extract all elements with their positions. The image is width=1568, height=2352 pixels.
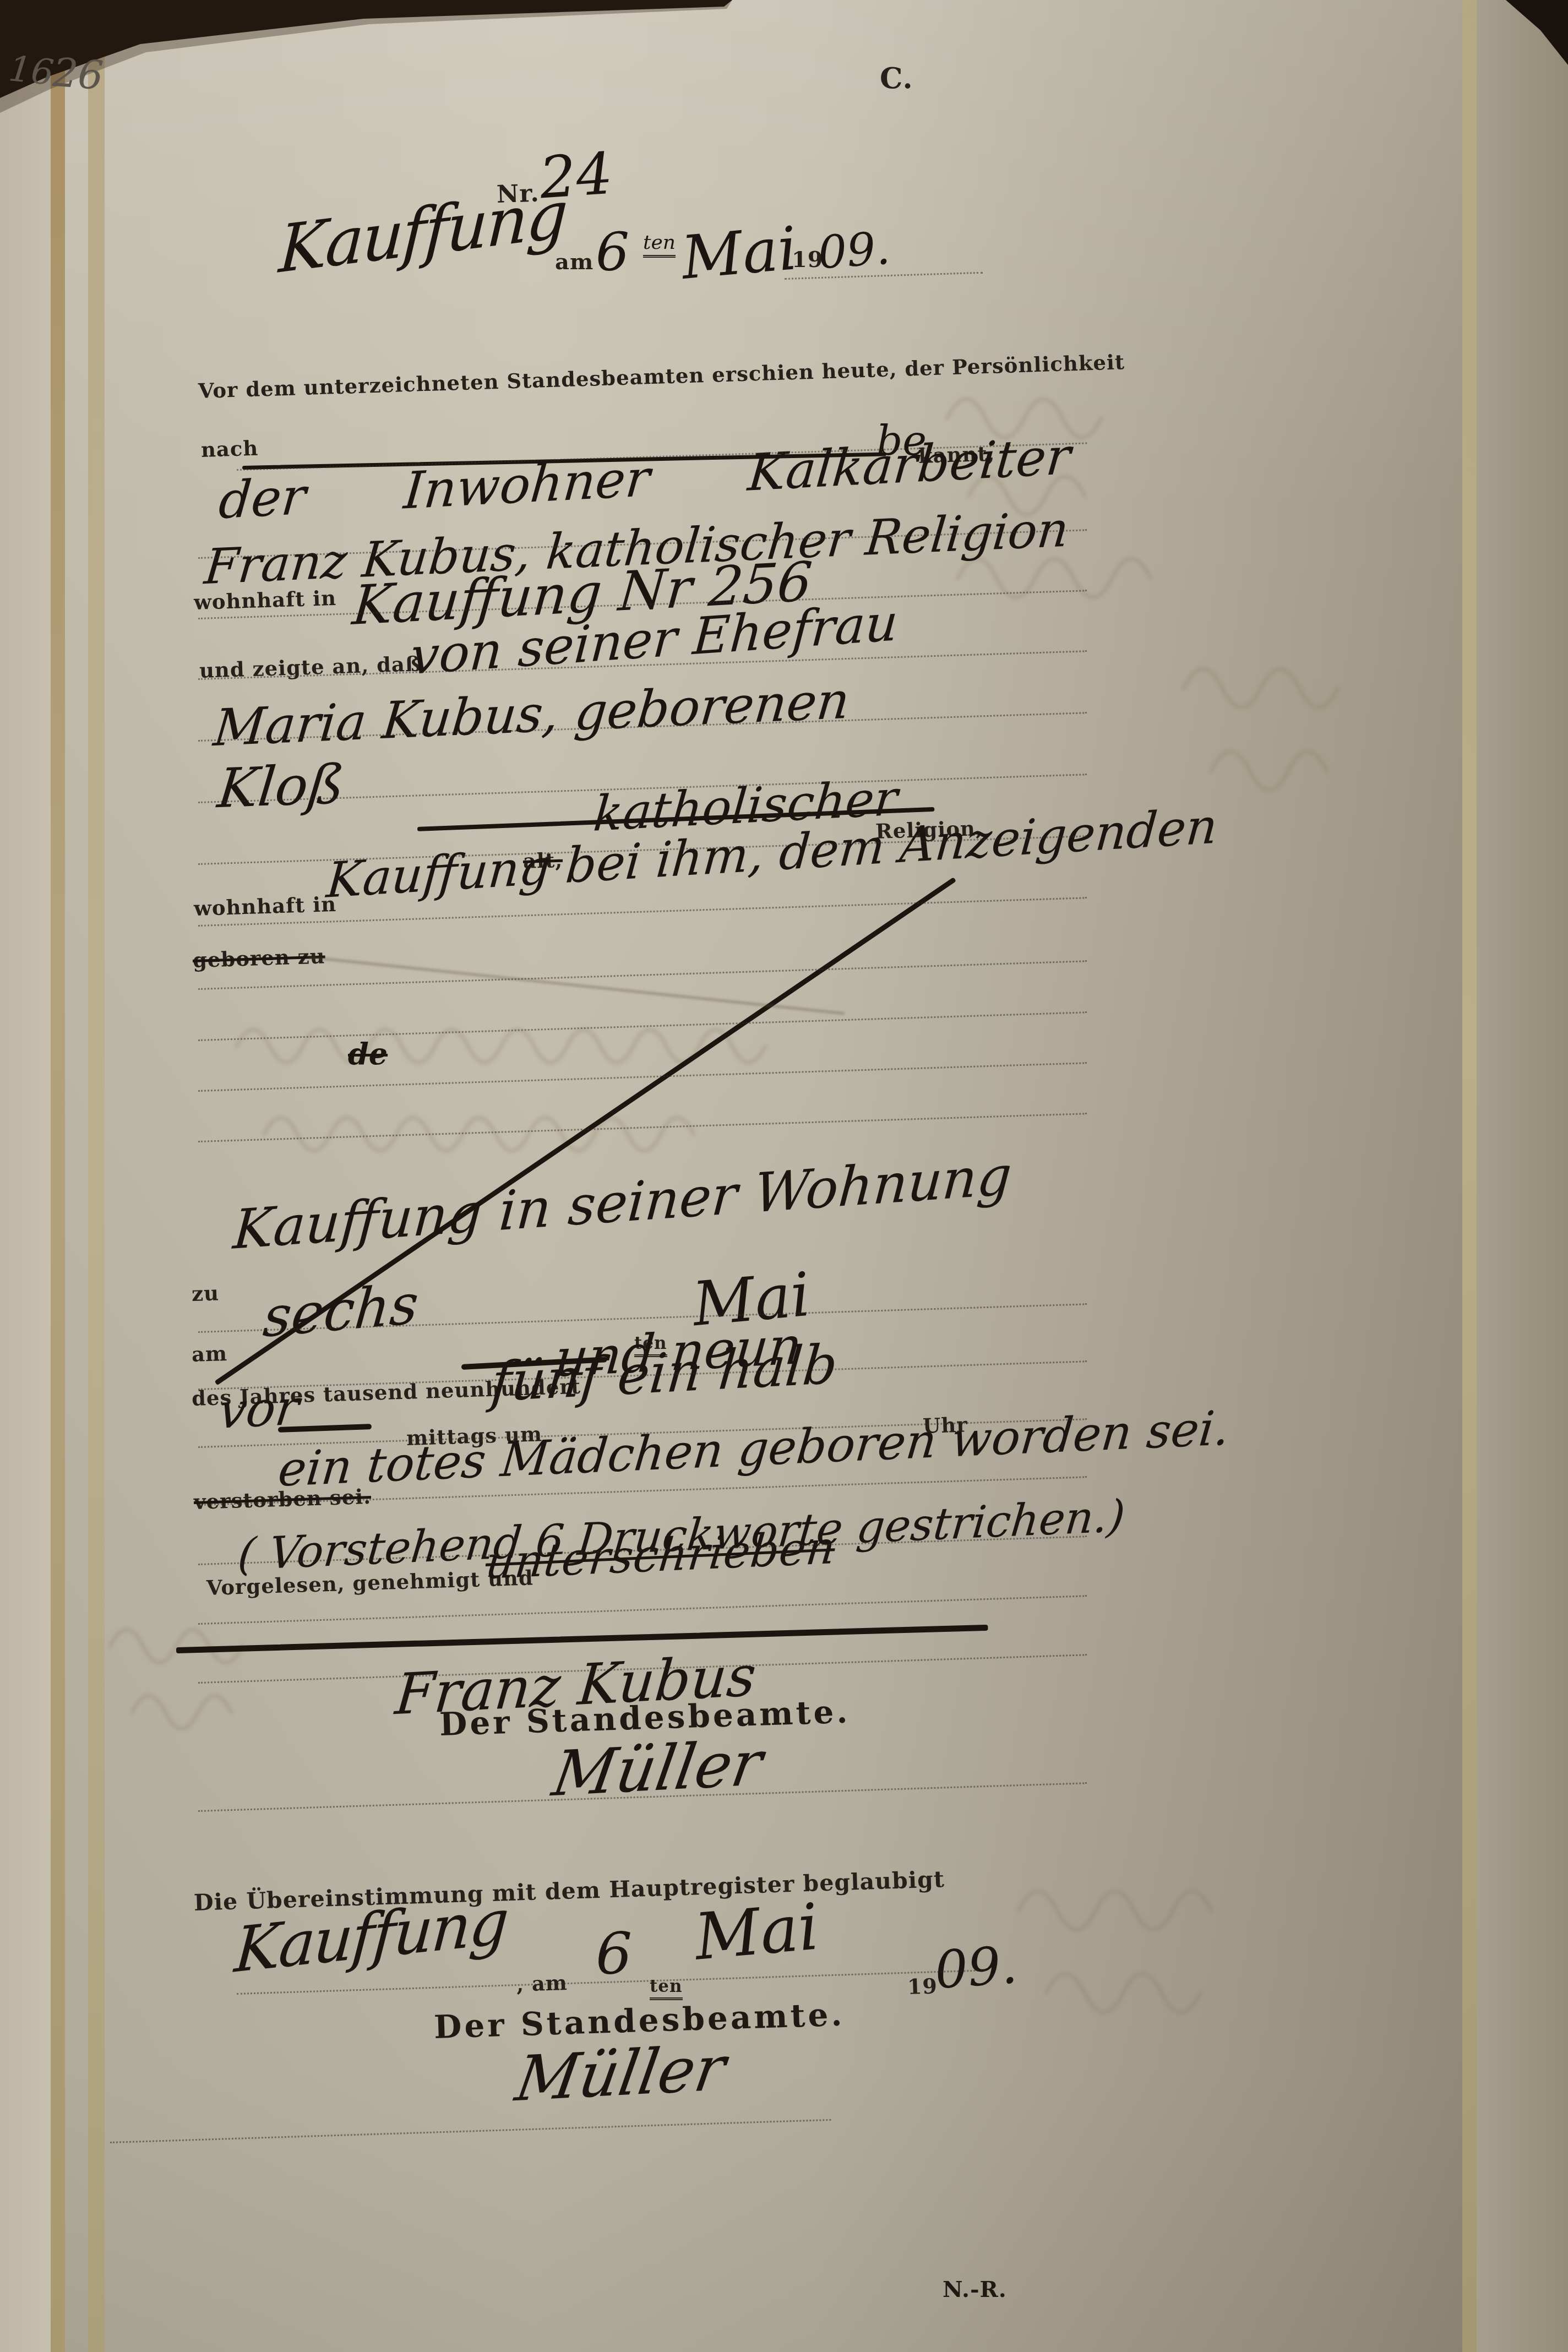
- wohnhaft-label-1: wohnhaft in: [193, 586, 336, 614]
- dateline-year-written: 09.: [816, 222, 892, 280]
- dateline-day-suffix: ten: [643, 231, 676, 258]
- certification-year-printed: 19: [907, 1973, 938, 1999]
- pencil-folio-number: 16: [7, 48, 56, 94]
- pencil-page-number: 26: [51, 49, 105, 99]
- page-edge-line: [88, 0, 105, 2352]
- certification-day: 6: [596, 1920, 632, 1988]
- certification-month: Mai: [692, 1890, 822, 1974]
- registrar-signature-2: Müller: [511, 2032, 731, 2115]
- book-edge-shadow: [0, 0, 1568, 132]
- wohnhaft-label-2: wohnhaft in: [193, 892, 336, 921]
- nach-label: nach: [200, 436, 259, 462]
- mother-maiden-name: Kloß: [215, 753, 347, 820]
- geboren-zu-struck: geboren zu: [192, 944, 325, 972]
- page-edge-strip: [0, 0, 51, 2352]
- dateline-am-label: am: [555, 249, 594, 275]
- certification-year-written: 09.: [933, 1935, 1019, 2001]
- am-label-2: am: [191, 1341, 227, 1366]
- dateline-month: Mai: [679, 214, 800, 293]
- register-page-photo: 16 26 C. Nr. 24 Kauffung am 6 ten Mai 19…: [0, 0, 1568, 2352]
- zu-label: zu: [191, 1281, 219, 1306]
- dateline-day: 6: [596, 221, 629, 283]
- struck-word-fragment: de: [348, 1036, 388, 1071]
- form-letter: C.: [880, 62, 913, 95]
- adjacent-page: [1477, 0, 1568, 2352]
- page-edge-line: [51, 0, 65, 2352]
- page-crease: [1462, 0, 1477, 2352]
- footer-form-mark: N.-R.: [943, 2277, 1007, 2302]
